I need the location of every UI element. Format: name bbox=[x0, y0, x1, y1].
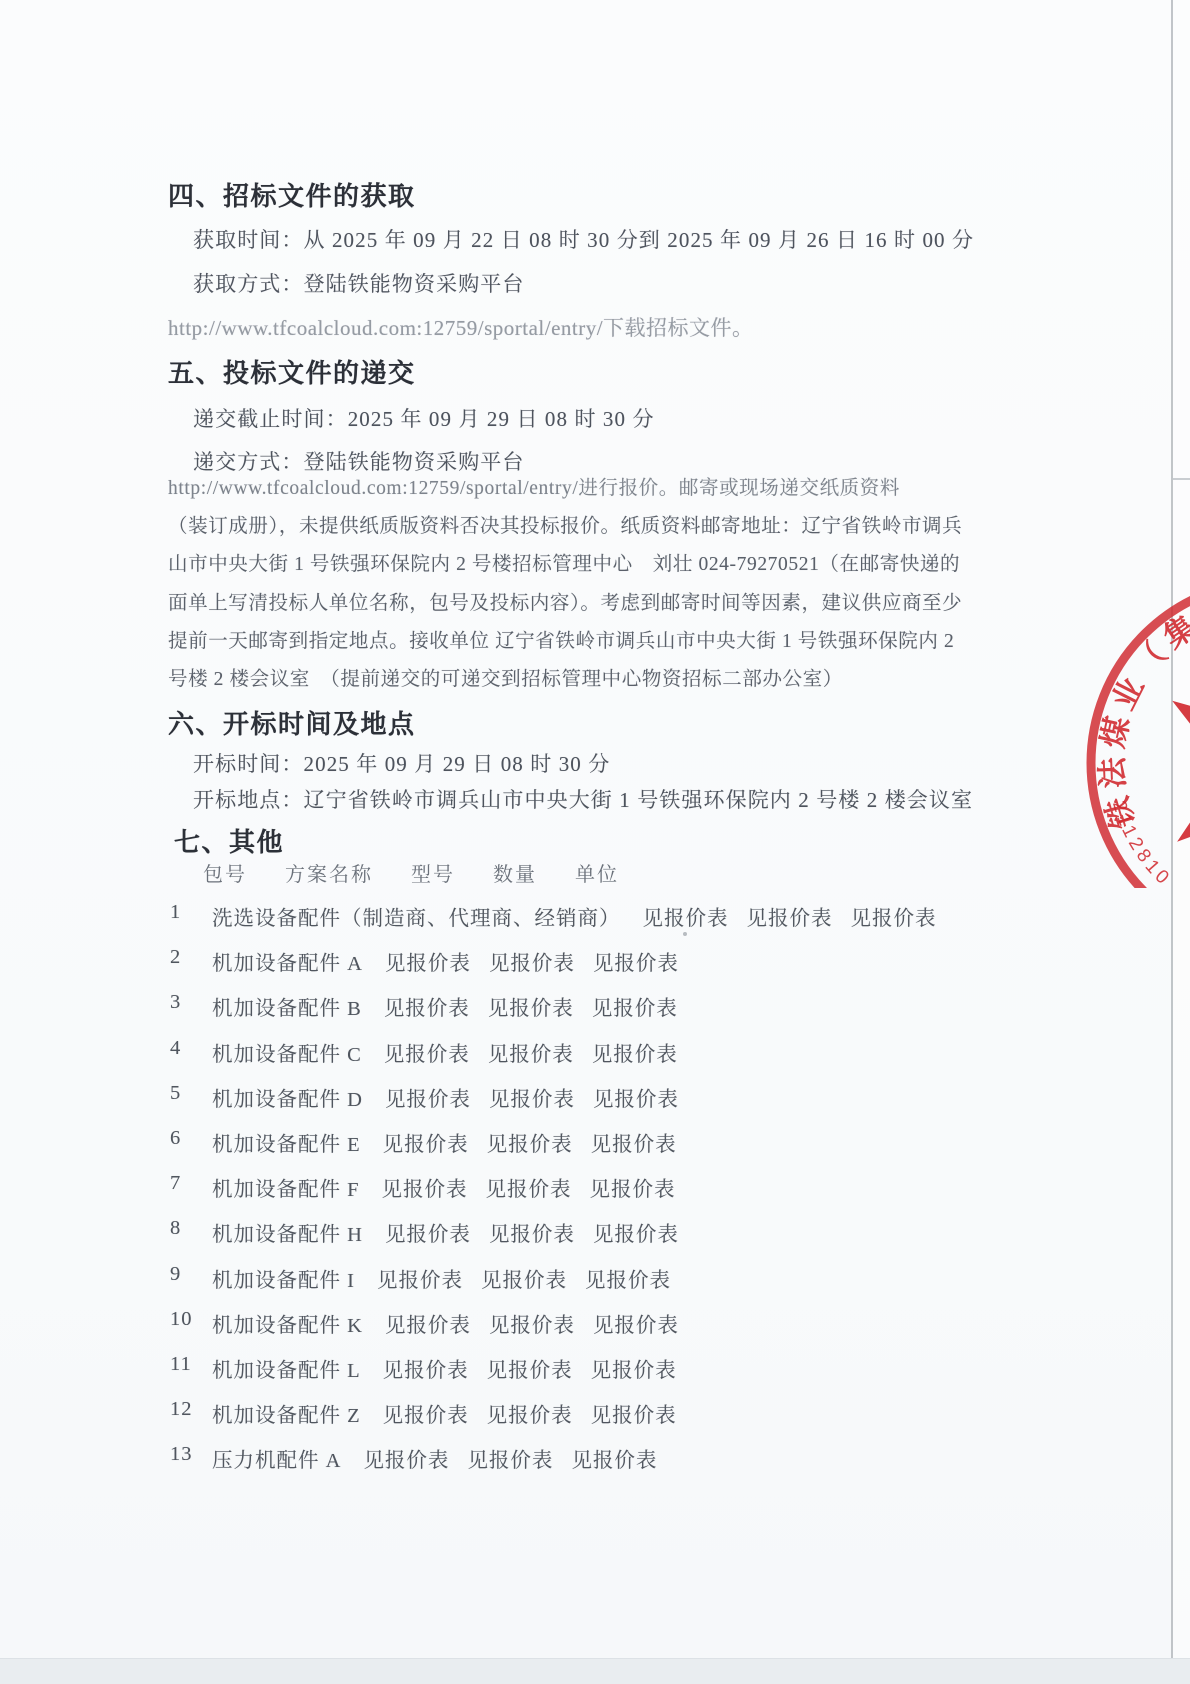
row-package-no: 5 bbox=[170, 1082, 194, 1105]
table-row: 8机加设备配件 H见报价表见报价表见报价表 bbox=[170, 1217, 937, 1262]
column-header: 包号 bbox=[203, 858, 247, 887]
section-heading-bid-submission: 五、投标文件的递交 bbox=[168, 353, 416, 390]
row-scheme-name: 机加设备配件 F bbox=[212, 1172, 360, 1202]
row-unit: 见报价表 bbox=[591, 1398, 677, 1428]
row-scheme-name: 机加设备配件 L bbox=[212, 1353, 361, 1383]
paragraph-line: 号楼 2 楼会议室 （提前递交的可递交到招标管理中心物资招标二部办公室） bbox=[168, 661, 962, 699]
row-unit: 见报价表 bbox=[591, 1353, 677, 1383]
row-scheme-name: 压力机配件 A bbox=[212, 1443, 341, 1473]
table-row: 10机加设备配件 K见报价表见报价表见报价表 bbox=[170, 1308, 937, 1353]
row-scheme-name: 机加设备配件 D bbox=[212, 1082, 363, 1112]
paragraph-line: （装订成册），未提供纸质版资料否决其投标报价。纸质资料邮寄地址：辽宁省铁岭市调兵 bbox=[168, 508, 962, 546]
table-row: 6机加设备配件 E见报价表见报价表见报价表 bbox=[170, 1127, 937, 1172]
section-heading-others: 七、其他 bbox=[174, 822, 284, 859]
row-unit: 见报价表 bbox=[593, 1082, 679, 1112]
row-unit: 见报价表 bbox=[593, 1217, 679, 1247]
table-row: 5机加设备配件 D见报价表见报价表见报价表 bbox=[170, 1082, 937, 1127]
row-scheme-name: 洗选设备配件（制造商、代理商、经销商） bbox=[212, 901, 621, 931]
table-row: 7机加设备配件 F见报价表见报价表见报价表 bbox=[170, 1172, 937, 1217]
row-model: 见报价表 bbox=[385, 946, 471, 976]
row-model: 见报价表 bbox=[384, 991, 470, 1021]
row-scheme-name: 机加设备配件 E bbox=[212, 1127, 361, 1157]
table-row: 11机加设备配件 L见报价表见报价表见报价表 bbox=[170, 1353, 937, 1398]
row-model: 见报价表 bbox=[377, 1263, 463, 1293]
row-package-no: 10 bbox=[170, 1308, 194, 1331]
table-row: 3机加设备配件 B见报价表见报价表见报价表 bbox=[170, 991, 937, 1036]
row-quantity: 见报价表 bbox=[488, 1037, 574, 1067]
paragraph-line: 提前一天邮寄到指定地点。接收单位 辽宁省铁岭市调兵山市中央大街 1 号铁强环保院… bbox=[168, 623, 962, 661]
row-quantity: 见报价表 bbox=[489, 1217, 575, 1247]
obtain-url-line: http://www.tfcoalcloud.com:12759/sportal… bbox=[168, 312, 754, 342]
row-model: 见报价表 bbox=[383, 1127, 469, 1157]
package-table-header: 包号方案名称型号数量单位 bbox=[203, 858, 619, 887]
row-package-no: 1 bbox=[170, 901, 194, 924]
section-heading-obtain-documents: 四、招标文件的获取 bbox=[168, 176, 416, 213]
row-model: 见报价表 bbox=[383, 1353, 469, 1383]
row-package-no: 8 bbox=[170, 1217, 194, 1240]
row-model: 见报价表 bbox=[385, 1308, 471, 1338]
row-scheme-name: 机加设备配件 H bbox=[212, 1217, 363, 1247]
row-quantity: 见报价表 bbox=[487, 1127, 573, 1157]
row-scheme-name: 机加设备配件 C bbox=[212, 1037, 362, 1067]
row-package-no: 12 bbox=[170, 1398, 194, 1421]
row-unit: 见报价表 bbox=[592, 991, 678, 1021]
opening-location-line: 开标地点：辽宁省铁岭市调兵山市中央大街 1 号铁强环保院内 2 号楼 2 楼会议… bbox=[193, 784, 973, 814]
column-header: 方案名称 bbox=[285, 858, 373, 887]
submission-details-paragraph: http://www.tfcoalcloud.com:12759/sportal… bbox=[168, 470, 962, 699]
row-unit: 见报价表 bbox=[593, 1308, 679, 1338]
scan-speck bbox=[683, 932, 687, 936]
row-quantity: 见报价表 bbox=[488, 991, 574, 1021]
row-model: 见报价表 bbox=[383, 1398, 469, 1428]
table-row: 4机加设备配件 C见报价表见报价表见报价表 bbox=[170, 1037, 937, 1082]
obtain-method-line: 获取方式：登陆铁能物资采购平台 bbox=[193, 268, 525, 298]
row-quantity: 见报价表 bbox=[489, 1082, 575, 1112]
row-scheme-name: 机加设备配件 A bbox=[212, 946, 363, 976]
column-header: 单位 bbox=[575, 858, 619, 887]
row-model: 见报价表 bbox=[382, 1172, 468, 1202]
table-row: 9机加设备配件 I见报价表见报价表见报价表 bbox=[170, 1263, 937, 1308]
paragraph-line: 山市中央大街 1 号铁强环保院内 2 号楼招标管理中心 刘壮 024-79270… bbox=[168, 546, 962, 584]
row-package-no: 4 bbox=[170, 1037, 194, 1060]
paragraph-line: http://www.tfcoalcloud.com:12759/sportal… bbox=[168, 470, 962, 508]
paragraph-line: 面单上写清投标人单位名称，包号及投标内容）。考虑到邮寄时间等因素，建议供应商至少 bbox=[168, 585, 962, 623]
table-row: 1洗选设备配件（制造商、代理商、经销商）见报价表见报价表见报价表 bbox=[170, 901, 937, 946]
row-package-no: 7 bbox=[170, 1172, 194, 1195]
row-unit: 见报价表 bbox=[590, 1172, 676, 1202]
row-package-no: 9 bbox=[170, 1263, 194, 1286]
company-seal-stamp: 铁法煤业（集团）有 2112810 bbox=[1000, 578, 1190, 888]
row-unit: 见报价表 bbox=[571, 1443, 657, 1473]
row-quantity: 见报价表 bbox=[487, 1398, 573, 1428]
row-model: 见报价表 bbox=[643, 901, 729, 931]
submission-deadline-line: 递交截止时间：2025 年 09 月 29 日 08 时 30 分 bbox=[193, 403, 655, 433]
row-quantity: 见报价表 bbox=[486, 1172, 572, 1202]
row-package-no: 11 bbox=[170, 1353, 194, 1376]
row-quantity: 见报价表 bbox=[489, 1308, 575, 1338]
table-row: 12机加设备配件 Z见报价表见报价表见报价表 bbox=[170, 1398, 937, 1443]
row-quantity: 见报价表 bbox=[747, 901, 833, 931]
row-unit: 见报价表 bbox=[593, 946, 679, 976]
row-scheme-name: 机加设备配件 I bbox=[212, 1263, 355, 1293]
row-quantity: 见报价表 bbox=[489, 946, 575, 976]
row-unit: 见报价表 bbox=[591, 1127, 677, 1157]
row-scheme-name: 机加设备配件 K bbox=[212, 1308, 363, 1338]
opening-time-line: 开标时间：2025 年 09 月 29 日 08 时 30 分 bbox=[193, 748, 610, 778]
row-model: 见报价表 bbox=[385, 1082, 471, 1112]
scan-bottom-edge bbox=[0, 1658, 1190, 1684]
scanned-tender-document-page: 四、招标文件的获取 获取时间：从 2025 年 09 月 22 日 08 时 3… bbox=[0, 0, 1190, 1684]
row-unit: 见报价表 bbox=[851, 901, 937, 931]
row-scheme-name: 机加设备配件 Z bbox=[212, 1398, 361, 1428]
row-unit: 见报价表 bbox=[585, 1263, 671, 1293]
row-model: 见报价表 bbox=[363, 1443, 449, 1473]
row-package-no: 13 bbox=[170, 1443, 194, 1466]
column-header: 数量 bbox=[493, 858, 537, 887]
package-table-rows: 1洗选设备配件（制造商、代理商、经销商）见报价表见报价表见报价表2机加设备配件 … bbox=[170, 901, 937, 1488]
scan-edge-notch bbox=[1173, 478, 1190, 480]
section-heading-bid-opening: 六、开标时间及地点 bbox=[168, 704, 416, 741]
obtain-time-line: 获取时间：从 2025 年 09 月 22 日 08 时 30 分到 2025 … bbox=[193, 224, 974, 254]
column-header: 型号 bbox=[411, 858, 455, 887]
row-quantity: 见报价表 bbox=[487, 1353, 573, 1383]
row-model: 见报价表 bbox=[384, 1037, 470, 1067]
row-package-no: 2 bbox=[170, 946, 194, 969]
row-scheme-name: 机加设备配件 B bbox=[212, 991, 362, 1021]
row-quantity: 见报价表 bbox=[481, 1263, 567, 1293]
row-package-no: 6 bbox=[170, 1127, 194, 1150]
row-package-no: 3 bbox=[170, 991, 194, 1014]
table-row: 13压力机配件 A见报价表见报价表见报价表 bbox=[170, 1443, 937, 1488]
row-unit: 见报价表 bbox=[592, 1037, 678, 1067]
row-model: 见报价表 bbox=[385, 1217, 471, 1247]
table-row: 2机加设备配件 A见报价表见报价表见报价表 bbox=[170, 946, 937, 991]
row-quantity: 见报价表 bbox=[467, 1443, 553, 1473]
